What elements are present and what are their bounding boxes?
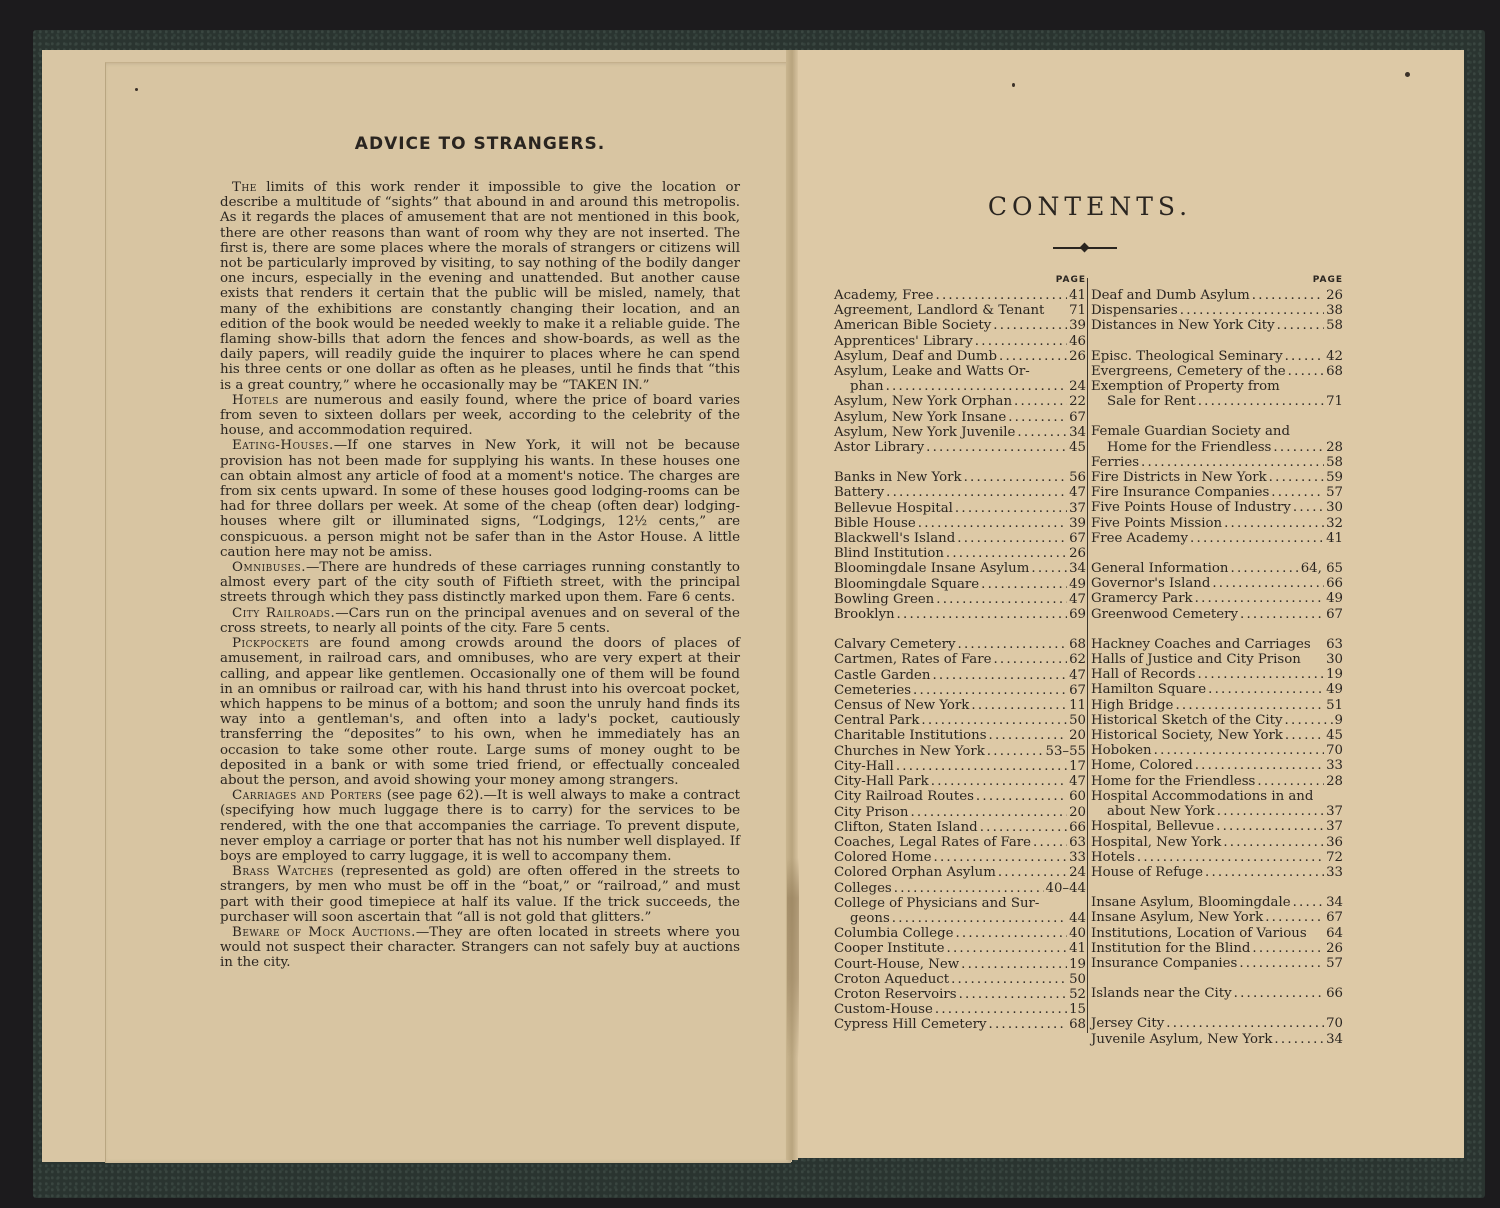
toc-page-number: 68	[1326, 364, 1343, 379]
leader-dots	[993, 652, 1067, 667]
toc-entry[interactable]: phan24	[834, 379, 1086, 394]
toc-label: Evergreens, Cemetery of the	[1091, 364, 1286, 379]
leader-dots	[1252, 288, 1324, 303]
leader-dots	[1224, 516, 1324, 531]
toc-entry[interactable]: General Information64, 65	[1091, 561, 1343, 576]
toc-entry[interactable]: Columbia College40	[834, 926, 1086, 941]
toc-label: Hackney Coaches and Carriages	[1091, 637, 1311, 652]
toc-page-number: 19	[1069, 957, 1086, 972]
toc-label: about New York	[1107, 804, 1215, 819]
toc-entry[interactable]: Juvenile Asylum, New York34	[1091, 1032, 1343, 1047]
leader-dots	[1217, 804, 1324, 819]
toc-page-number: 49	[1326, 682, 1343, 697]
toc-label: Bloomingdale Insane Asylum	[834, 561, 1029, 576]
advice-paragraph: Eating-Houses.—If one starves in New Yor…	[220, 438, 740, 560]
toc-label: City Railroad Routes	[834, 789, 974, 804]
toc-page-number: 22	[1069, 394, 1086, 409]
toc-label: Bloomingdale Square	[834, 577, 979, 592]
column-divider	[1087, 278, 1088, 1033]
section-gap	[1091, 1001, 1343, 1016]
toc-label: Islands near the City	[1091, 986, 1232, 1001]
paragraph-lead: Hotels	[232, 393, 279, 408]
leader-dots	[981, 577, 1067, 592]
toc-label: Court-House, New	[834, 957, 959, 972]
toc-label-part: Asylum, Leake and Watts Or-	[834, 364, 1030, 379]
toc-label: Blind Institution	[834, 546, 944, 561]
leader-dots	[936, 288, 1068, 303]
leader-dots	[999, 349, 1067, 364]
toc-entry[interactable]: City Prison20	[834, 805, 1086, 820]
toc-label: Cypress Hill Cemetery	[834, 1017, 986, 1032]
toc-entry[interactable]: City-Hall17	[834, 759, 1086, 774]
leader-dots	[913, 683, 1067, 698]
toc-page-number: 56	[1069, 470, 1086, 485]
toc-label: Colored Home	[834, 850, 931, 865]
toc-label: Cooper Institute	[834, 941, 945, 956]
leader-dots	[959, 987, 1068, 1002]
leader-dots	[1223, 835, 1324, 850]
toc-entry[interactable]: Central Park50	[834, 713, 1086, 728]
leader-dots	[1216, 819, 1324, 834]
toc-label: Colored Orphan Asylum	[834, 865, 996, 880]
leader-dots	[1137, 850, 1324, 865]
toc-page-number: 69	[1069, 607, 1086, 622]
ink-spot	[135, 88, 138, 91]
section-gap	[1091, 409, 1343, 424]
toc-entry[interactable]: Free Academy41	[1091, 531, 1343, 546]
section-gap	[1091, 546, 1343, 561]
toc-label: Bible House	[834, 516, 916, 531]
toc-label: Custom-House	[834, 1002, 933, 1017]
toc-entry[interactable]: Sale for Rent71	[1091, 394, 1343, 409]
leader-dots	[987, 744, 1044, 759]
toc-label: Home for the Friendless	[1107, 440, 1271, 455]
toc-page-number: 34	[1326, 895, 1343, 910]
leader-dots	[1195, 591, 1324, 606]
toc-label: Hospital, Bellevue	[1091, 819, 1214, 834]
toc-label: Croton Reservoirs	[834, 987, 957, 1002]
leader-dots	[951, 972, 1067, 987]
toc-entry[interactable]: Asylum, New York Orphan22	[834, 394, 1086, 409]
toc-page-number: 67	[1326, 910, 1343, 925]
toc-entry[interactable]: Agreement, Landlord & Tenant71	[834, 303, 1086, 318]
toc-label: Sale for Rent	[1107, 394, 1196, 409]
leader-dots	[932, 668, 1067, 683]
leader-dots	[1240, 607, 1324, 622]
toc-entry[interactable]: Insurance Companies57	[1091, 956, 1343, 971]
paragraph-lead: Brass Watches	[232, 864, 334, 879]
toc-entry[interactable]: Five Points Mission32	[1091, 516, 1343, 531]
toc-page-number: 34	[1069, 425, 1086, 440]
toc-page-number: 67	[1069, 410, 1086, 425]
leader-dots	[1180, 303, 1324, 318]
toc-entry[interactable]: Ferries58	[1091, 455, 1343, 470]
toc-entry[interactable]: Jersey City70	[1091, 1016, 1343, 1031]
toc-entry[interactable]: Bloomingdale Square49	[834, 577, 1086, 592]
toc-label: Census of New York	[834, 698, 969, 713]
toc-entry[interactable]: Distances in New York City58	[1091, 318, 1343, 333]
toc-entry[interactable]: Home for the Friendless28	[1091, 440, 1343, 455]
leader-dots	[1205, 865, 1324, 880]
toc-page-number: 47	[1069, 592, 1086, 607]
toc-entry[interactable]: Islands near the City66	[1091, 986, 1343, 1001]
toc-entry[interactable]: Dispensaries38	[1091, 303, 1343, 318]
toc-label: Castle Garden	[834, 668, 930, 683]
toc-label: Blackwell's Island	[834, 531, 955, 546]
toc-label: Gramercy Park	[1091, 591, 1193, 606]
leader-dots	[1033, 835, 1067, 850]
toc-entry[interactable]: Halls of Justice and City Prison30	[1091, 652, 1343, 667]
toc-label: City Prison	[834, 805, 908, 820]
toc-page-number: 28	[1326, 440, 1343, 455]
toc-entry[interactable]: Asylum, New York Insane67	[834, 410, 1086, 425]
toc-entry[interactable]: House of Refuge33	[1091, 865, 1343, 880]
leader-dots	[897, 607, 1068, 622]
toc-page-number: 32	[1326, 516, 1343, 531]
toc-page-number: 24	[1069, 865, 1086, 880]
leader-dots	[1265, 910, 1324, 925]
toc-entry[interactable]: geons44	[834, 911, 1086, 926]
toc-page-number: 60	[1069, 789, 1086, 804]
toc-label: Halls of Justice and City Prison	[1091, 652, 1301, 667]
leader-dots	[931, 774, 1067, 789]
toc-label-part: Female Guardian Society and	[1091, 424, 1290, 439]
leader-dots	[1154, 743, 1324, 758]
toc-entry[interactable]: Hamilton Square49	[1091, 682, 1343, 697]
leader-dots	[1285, 349, 1325, 364]
section-gap	[1091, 880, 1343, 895]
toc-label: Brooklyn	[834, 607, 895, 622]
toc-entry[interactable]: Banks in New York56	[834, 470, 1086, 485]
toc-entry[interactable]: Asylum, New York Juvenile34	[834, 425, 1086, 440]
leader-dots	[886, 379, 1068, 394]
leader-dots	[946, 546, 1067, 561]
toc-entry[interactable]: Hoboken70	[1091, 743, 1343, 758]
toc-label: Governor's Island	[1091, 576, 1210, 591]
toc-entry-line: Exemption of Property from	[1091, 379, 1343, 394]
toc-label: Distances in New York City	[1091, 318, 1275, 333]
page-title: ADVICE TO STRANGERS.	[220, 134, 740, 154]
page-column-header: PAGE	[1091, 275, 1343, 288]
toc-entry[interactable]: Institutions, Location of Various64	[1091, 926, 1343, 941]
toc-entry[interactable]: Home for the Friendless28	[1091, 774, 1343, 789]
leader-dots	[1231, 561, 1299, 576]
leader-dots	[988, 1017, 1067, 1032]
toc-label: Asylum, New York Insane	[834, 410, 1006, 425]
toc-entry[interactable]: Churches in New York53–55	[834, 744, 1086, 759]
advice-paragraph: Hotels are numerous and easily found, wh…	[220, 393, 740, 439]
toc-entry[interactable]: Colored Orphan Asylum24	[834, 865, 1086, 880]
leader-dots	[918, 516, 1067, 531]
section-gap	[834, 622, 1086, 637]
toc-entry[interactable]: Blind Institution26	[834, 546, 1086, 561]
toc-page-number: 64, 65	[1301, 561, 1343, 576]
leader-dots	[1273, 440, 1324, 455]
toc-entry[interactable]: Insane Asylum, Bloomingdale34	[1091, 895, 1343, 910]
toc-page-number: 37	[1326, 804, 1343, 819]
leader-dots	[892, 911, 1067, 926]
toc-label: Columbia College	[834, 926, 953, 941]
toc-page-number: 67	[1069, 531, 1086, 546]
leader-dots	[989, 728, 1068, 743]
toc-entry[interactable]: Historical Sketch of the City9	[1091, 713, 1343, 728]
toc-page-number: 41	[1069, 288, 1086, 303]
toc-entry[interactable]: Bowling Green47	[834, 592, 1086, 607]
toc-entry[interactable]: Clifton, Staten Island66	[834, 820, 1086, 835]
toc-page-number: 20	[1069, 805, 1086, 820]
section-gap	[834, 455, 1086, 470]
toc-entry[interactable]: High Bridge51	[1091, 698, 1343, 713]
toc-entry[interactable]: Astor Library45	[834, 440, 1086, 455]
toc-label: Five Points Mission	[1091, 516, 1222, 531]
toc-label: Bellevue Hospital	[834, 501, 953, 516]
toc-label: Calvary Cemetery	[834, 637, 956, 652]
leader-dots	[1239, 956, 1324, 971]
toc-entry[interactable]: Bloomingdale Insane Asylum34	[834, 561, 1086, 576]
toc-page-number: 34	[1069, 561, 1086, 576]
toc-label: Hoboken	[1091, 743, 1152, 758]
toc-label: Ferries	[1091, 455, 1139, 470]
ink-spot	[1012, 83, 1015, 87]
toc-page-number: 45	[1326, 728, 1343, 743]
toc-label: Agreement, Landlord & Tenant	[834, 303, 1044, 318]
toc-label: Home for the Friendless	[1091, 774, 1255, 789]
toc-page-number: 63	[1326, 637, 1343, 652]
toc-label: phan	[850, 379, 884, 394]
toc-label: Charitable Institutions	[834, 728, 987, 743]
toc-entry[interactable]: Deaf and Dumb Asylum26	[1091, 288, 1343, 303]
toc-entry[interactable]: Governor's Island66	[1091, 576, 1343, 591]
toc-entry[interactable]: Cypress Hill Cemetery68	[834, 1017, 1086, 1032]
toc-label: Cartmen, Rates of Fare	[834, 652, 991, 667]
toc-label: City-Hall Park	[834, 774, 929, 789]
toc-label: Home, Colored	[1091, 758, 1193, 773]
toc-page-number: 68	[1069, 637, 1086, 652]
toc-page-number: 44	[1069, 911, 1086, 926]
paragraph-lead: The	[232, 180, 257, 195]
toc-label: Academy, Free	[834, 288, 934, 303]
toc-page-number: 59	[1326, 470, 1343, 485]
toc-entry[interactable]: Greenwood Cemetery67	[1091, 607, 1343, 622]
toc-entry[interactable]: Cemeteries67	[834, 683, 1086, 698]
toc-label: Asylum, Deaf and Dumb	[834, 349, 997, 364]
leader-dots	[886, 485, 1067, 500]
toc-label: High Bridge	[1091, 698, 1173, 713]
toc-entry[interactable]: Croton Aqueduct50	[834, 972, 1086, 987]
leader-dots	[964, 470, 1068, 485]
advice-paragraph: Pickpockets are found among crowds aroun…	[220, 636, 740, 788]
leader-dots	[1175, 698, 1324, 713]
toc-page-number: 34	[1326, 1032, 1343, 1047]
toc-label: Insurance Companies	[1091, 956, 1237, 971]
toc-entry[interactable]: Institution for the Blind26	[1091, 941, 1343, 956]
toc-page-number: 64	[1326, 926, 1343, 941]
toc-entry[interactable]: Colleges40–44	[834, 881, 1086, 896]
toc-page-number: 37	[1326, 819, 1343, 834]
leader-dots	[910, 805, 1067, 820]
toc-entry[interactable]: City Railroad Routes60	[834, 789, 1086, 804]
toc-label: Apprentices' Library	[834, 334, 973, 349]
toc-entry[interactable]: Bellevue Hospital37	[834, 501, 1086, 516]
toc-label: Clifton, Staten Island	[834, 820, 978, 835]
toc-entry[interactable]: Hospital, Bellevue37	[1091, 819, 1343, 834]
toc-entry[interactable]: Home, Colored33	[1091, 758, 1343, 773]
toc-page-number: 33	[1326, 758, 1343, 773]
toc-entry[interactable]: American Bible Society39	[834, 318, 1086, 333]
leader-dots	[975, 334, 1067, 349]
leader-dots	[936, 592, 1067, 607]
advice-paragraph: Carriages and Porters (see page 62).—It …	[220, 788, 740, 864]
toc-label: Institutions, Location of Various	[1091, 926, 1307, 941]
toc-label: Dispensaries	[1091, 303, 1178, 318]
toc-entry[interactable]: Hotels72	[1091, 850, 1343, 865]
toc-entry[interactable]: Coaches, Legal Rates of Fare63	[834, 835, 1086, 850]
toc-page-number: 66	[1326, 986, 1343, 1001]
paragraph-text: are found among crowds around the doors …	[220, 636, 740, 788]
toc-label: Astor Library	[834, 440, 924, 455]
contents-column-left: PAGE Academy, Free41Agreement, Landlord …	[834, 275, 1086, 1033]
toc-entry[interactable]: Croton Reservoirs52	[834, 987, 1086, 1002]
paragraph-lead: Omnibuses.	[232, 560, 306, 575]
leader-dots	[1288, 364, 1324, 379]
toc-entry[interactable]: Cooper Institute41	[834, 941, 1086, 956]
toc-label: American Bible Society	[834, 318, 991, 333]
toc-entry[interactable]: Hackney Coaches and Carriages63	[1091, 637, 1343, 652]
toc-entry[interactable]: Cartmen, Rates of Fare62	[834, 652, 1086, 667]
toc-label: Historical Society, New York	[1091, 728, 1283, 743]
section-gap	[1091, 971, 1343, 986]
leader-dots	[1293, 895, 1325, 910]
toc-entry[interactable]: Insane Asylum, New York67	[1091, 910, 1343, 925]
toc-page-number: 41	[1326, 531, 1343, 546]
contents-title: CONTENTS.	[960, 192, 1220, 221]
leader-dots	[1195, 758, 1324, 773]
toc-page-number: 26	[1069, 349, 1086, 364]
toc-page-number: 19	[1326, 667, 1343, 682]
toc-entry[interactable]: Bible House39	[834, 516, 1086, 531]
toc-label: Institution for the Blind	[1091, 941, 1250, 956]
toc-entry[interactable]: Five Points House of Industry30	[1091, 500, 1343, 515]
toc-entry-line: Hospital Accommodations in and	[1091, 789, 1343, 804]
toc-page-number: 30	[1326, 500, 1343, 515]
toc-entry[interactable]: Colored Home33	[834, 850, 1086, 865]
toc-page-number: 45	[1069, 440, 1086, 455]
toc-entry[interactable]: Fire Insurance Companies57	[1091, 485, 1343, 500]
toc-entry-line: Female Guardian Society and	[1091, 424, 1343, 439]
toc-label: Banks in New York	[834, 470, 962, 485]
toc-entry[interactable]: Charitable Institutions20	[834, 728, 1086, 743]
toc-label: Bowling Green	[834, 592, 934, 607]
paragraph-lead: Eating-Houses.	[232, 438, 334, 453]
toc-page-number: 17	[1069, 759, 1086, 774]
toc-entry[interactable]: Census of New York11	[834, 698, 1086, 713]
toc-entry[interactable]: about New York37	[1091, 804, 1343, 819]
paragraph-text: —If one starves in New York, it will not…	[220, 438, 740, 559]
leader-dots	[1271, 485, 1324, 500]
toc-entry[interactable]: Court-House, New19	[834, 957, 1086, 972]
toc-entry[interactable]: Hospital, New York36	[1091, 835, 1343, 850]
advice-paragraphs: The limits of this work render it imposs…	[220, 180, 740, 971]
toc-entry[interactable]: Apprentices' Library46	[834, 334, 1086, 349]
toc-page-number: 30	[1326, 652, 1343, 667]
toc-page-number: 9	[1335, 713, 1343, 728]
toc-entry[interactable]: Custom-House15	[834, 1002, 1086, 1017]
toc-label: Coaches, Legal Rates of Fare	[834, 835, 1031, 850]
advice-paragraph: Brass Watches (represented as gold) are …	[220, 864, 740, 925]
toc-entry[interactable]: Asylum, Deaf and Dumb26	[834, 349, 1086, 364]
toc-page-number: 72	[1326, 850, 1343, 865]
toc-entry[interactable]: Hall of Records19	[1091, 667, 1343, 682]
toc-label: Insane Asylum, Bloomingdale	[1091, 895, 1291, 910]
leader-dots	[921, 713, 1067, 728]
toc-label: General Information	[1091, 561, 1229, 576]
toc-label: Battery	[834, 485, 884, 500]
toc-page-number: 50	[1069, 713, 1086, 728]
toc-entry[interactable]: Fire Districts in New York59	[1091, 470, 1343, 485]
toc-label-part: Hospital Accommodations in and	[1091, 789, 1313, 804]
leader-dots	[958, 637, 1068, 652]
toc-entry[interactable]: Gramercy Park49	[1091, 591, 1343, 606]
leader-dots	[1293, 500, 1324, 515]
toc-label: Free Academy	[1091, 531, 1188, 546]
leader-dots	[957, 531, 1067, 546]
toc-entry[interactable]: Episc. Theological Seminary42	[1091, 349, 1343, 364]
toc-page-number: 46	[1069, 334, 1086, 349]
toc-page-number: 42	[1326, 349, 1343, 364]
paragraph-lead: Pickpockets	[232, 636, 309, 651]
leader-dots	[1257, 774, 1324, 789]
toc-label: Hospital, New York	[1091, 835, 1221, 850]
toc-entry[interactable]: Blackwell's Island67	[834, 531, 1086, 546]
toc-page-number: 11	[1069, 698, 1086, 713]
toc-entry[interactable]: Historical Society, New York45	[1091, 728, 1343, 743]
toc-label: Churches in New York	[834, 744, 985, 759]
toc-page-number: 20	[1069, 728, 1086, 743]
toc-page-number: 52	[1069, 987, 1086, 1002]
toc-page-number: 71	[1069, 303, 1086, 318]
toc-page-number: 38	[1326, 303, 1343, 318]
contents-column-right: PAGE Deaf and Dumb Asylum26Dispensaries3…	[1091, 275, 1343, 1047]
advice-paragraph: Omnibuses.—There are hundreds of these c…	[220, 560, 740, 606]
toc-label: Asylum, New York Orphan	[834, 394, 1012, 409]
toc-label: Five Points House of Industry	[1091, 500, 1291, 515]
section-gap	[1091, 622, 1343, 637]
toc-entry[interactable]: Castle Garden47	[834, 668, 1086, 683]
leader-dots	[980, 820, 1067, 835]
toc-label: Asylum, New York Juvenile	[834, 425, 1015, 440]
advice-paragraph: City Railroads.—Cars run on the principa…	[220, 606, 740, 636]
toc-entry[interactable]: Evergreens, Cemetery of the68	[1091, 364, 1343, 379]
toc-entry[interactable]: Academy, Free41	[834, 288, 1086, 303]
toc-label: Episc. Theological Seminary	[1091, 349, 1283, 364]
leader-dots	[1198, 394, 1324, 409]
toc-label: Historical Sketch of the City	[1091, 713, 1283, 728]
leader-dots	[1141, 455, 1324, 470]
toc-entry[interactable]: Battery47	[834, 485, 1086, 500]
section-gap	[1091, 334, 1343, 349]
paragraph-text: limits of this work render it impossible…	[220, 180, 740, 393]
toc-entry[interactable]: Brooklyn69	[834, 607, 1086, 622]
leader-dots	[1166, 1016, 1324, 1031]
toc-entry[interactable]: City-Hall Park47	[834, 774, 1086, 789]
toc-page-number: 40	[1069, 926, 1086, 941]
advice-paragraph: The limits of this work render it imposs…	[220, 180, 740, 393]
toc-label: Jersey City	[1091, 1016, 1164, 1031]
toc-page-number: 58	[1326, 455, 1343, 470]
toc-entry[interactable]: Calvary Cemetery68	[834, 637, 1086, 652]
toc-page-number: 66	[1069, 820, 1086, 835]
leader-dots	[961, 957, 1067, 972]
